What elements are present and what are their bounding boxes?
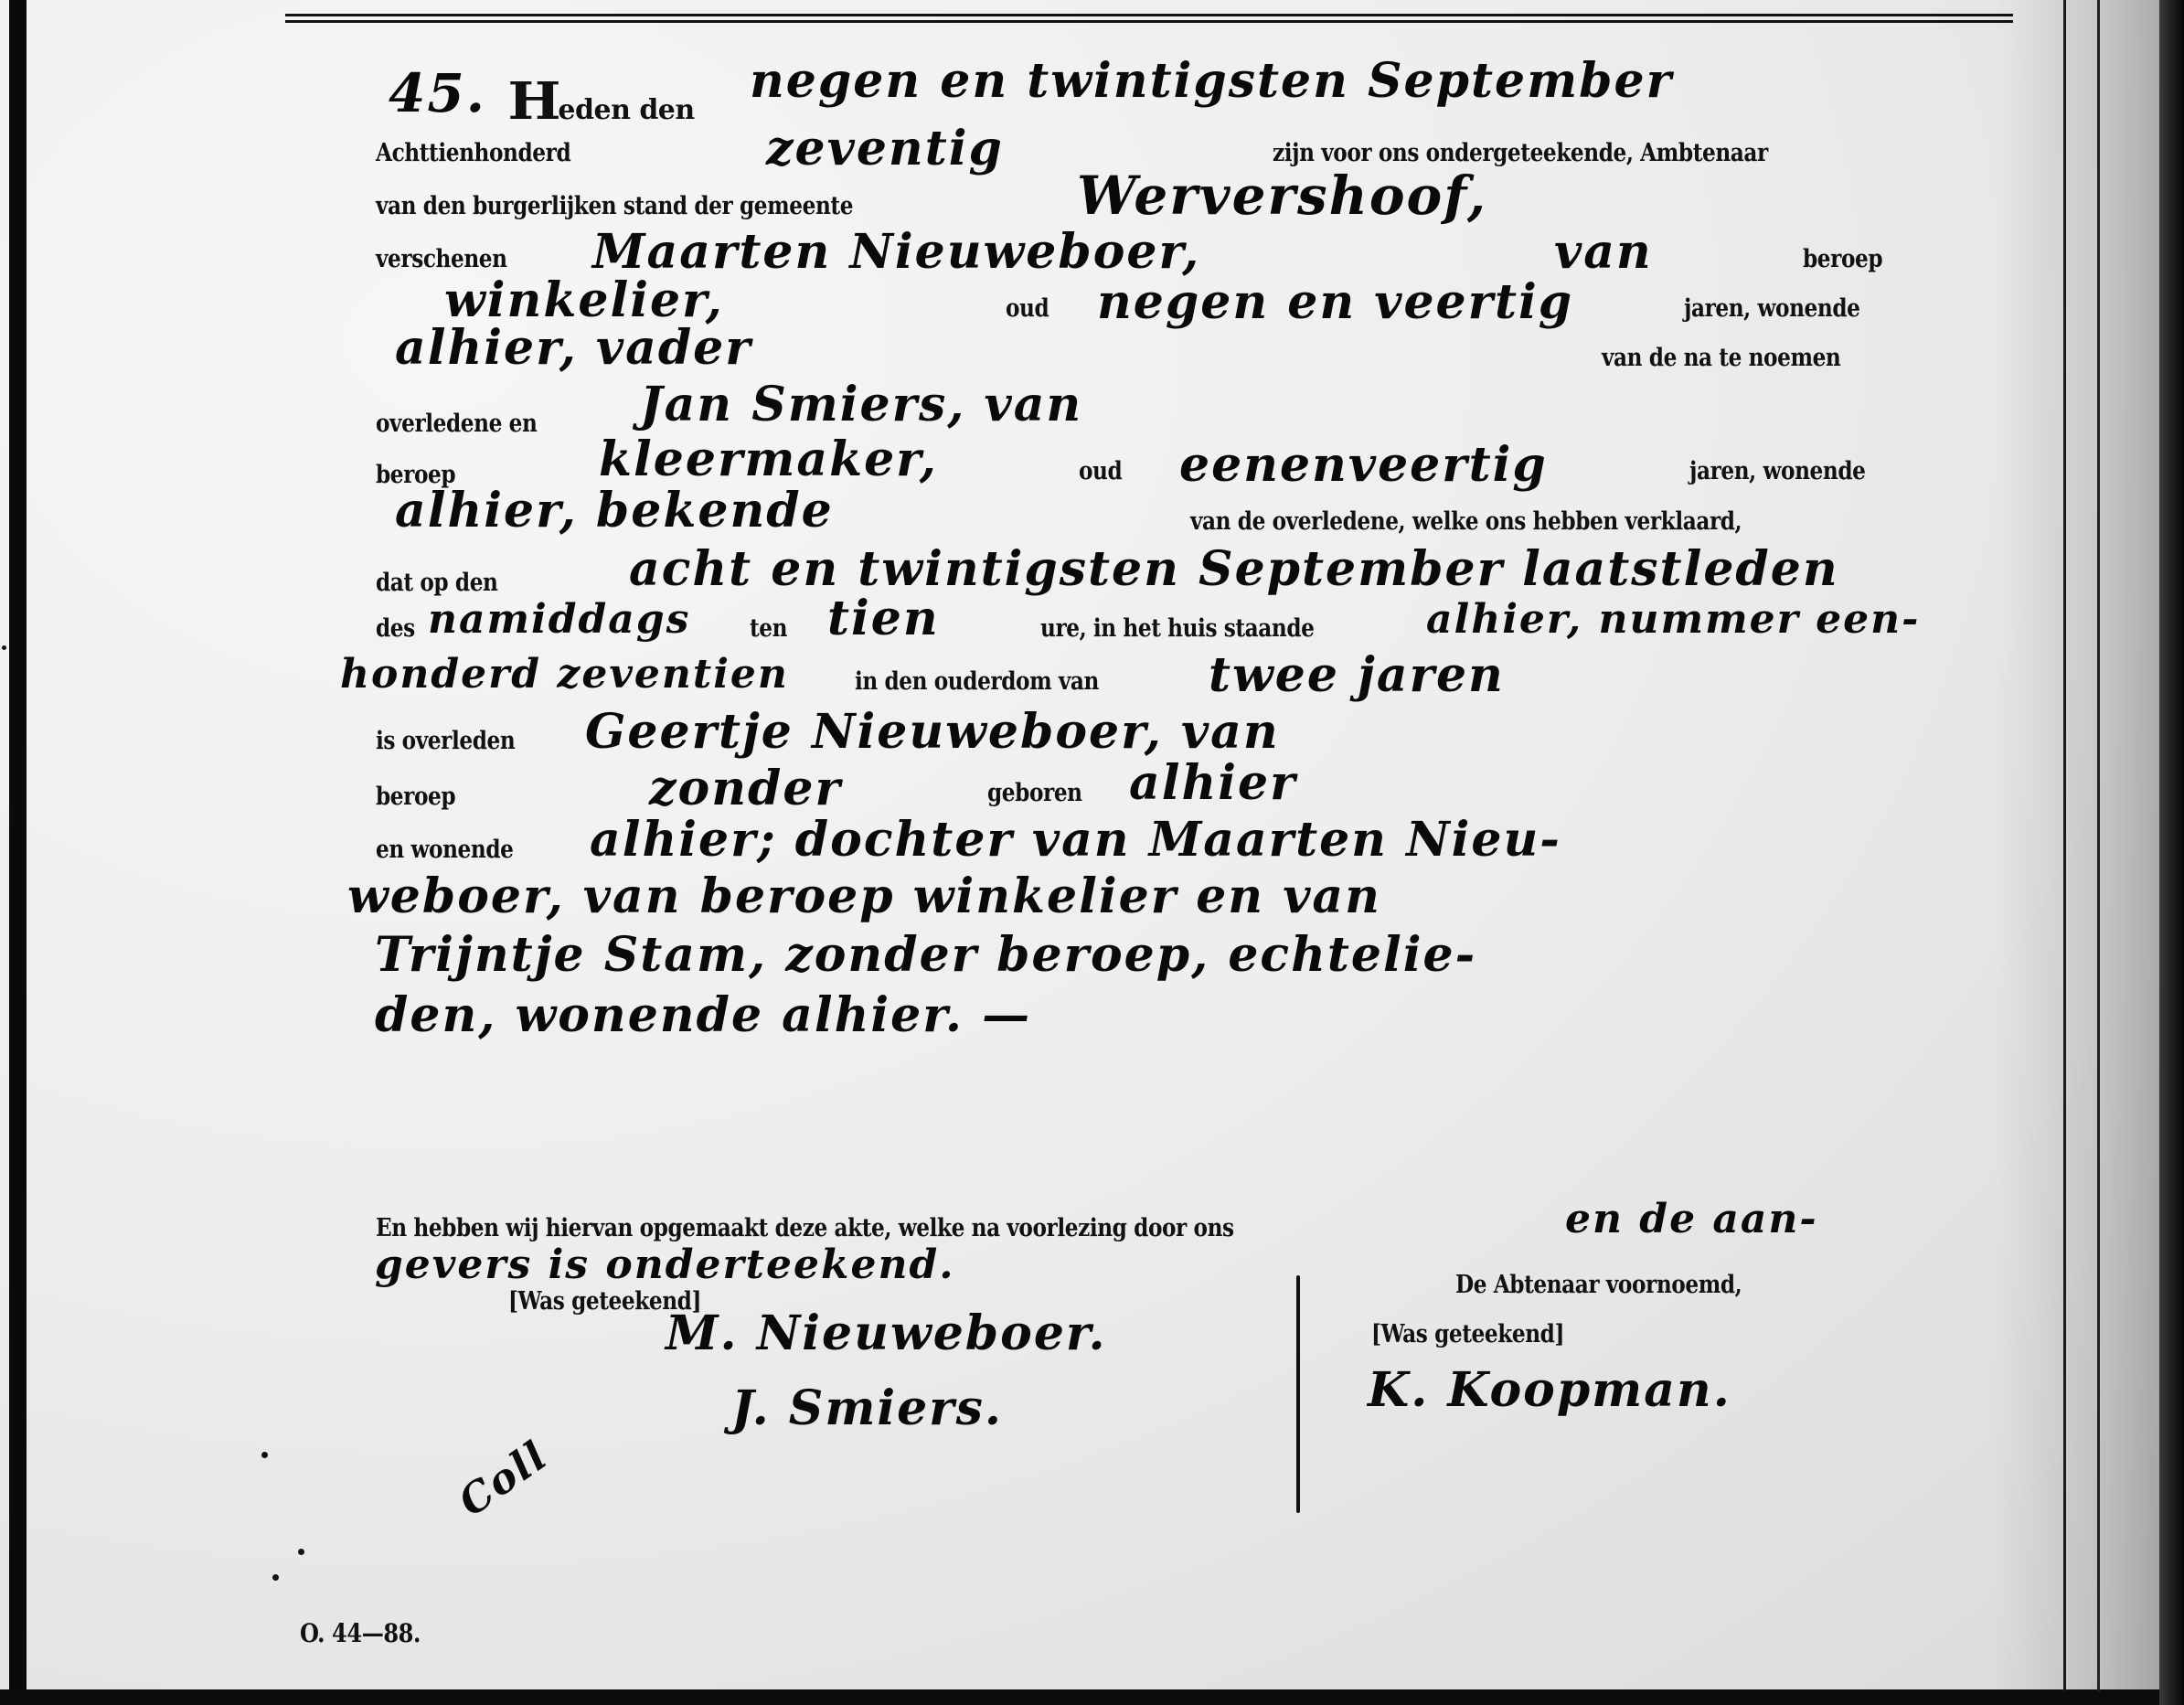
bottom-scan-border: [0, 1689, 2184, 1705]
printed-text: eden den: [558, 94, 694, 126]
printed-des: des: [376, 614, 415, 643]
printed-heden-den: Heden den: [510, 71, 695, 132]
form-code: O. 44—88.: [300, 1618, 421, 1648]
initial-H: H: [507, 71, 560, 132]
ink-spot: [2, 645, 6, 650]
page-edge-shadow: [1993, 0, 2162, 1705]
right-margin-line-2: [2097, 0, 2100, 1691]
signature-bracket: [1296, 1275, 1300, 1513]
hand-van: van: [1554, 224, 1653, 280]
printed-na-te-noemen: van de na te noemen: [1602, 344, 1840, 372]
signature-declarant-1: M. Nieuweboer.: [666, 1305, 1107, 1361]
printed-verklaard: van de overledene, welke ons hebben verk…: [1190, 507, 1742, 536]
hand-declarant-1: Maarten Nieuweboer,: [592, 224, 1200, 280]
signature-label-right: [Was geteekend]: [1371, 1320, 1564, 1348]
hand-parents-1: alhier; dochter van Maarten Nieu-: [590, 812, 1561, 868]
hand-age-2: eenenveertig: [1179, 437, 1548, 493]
printed-burgerlijke-stand: van den burgerlijken stand der gemeente: [376, 192, 853, 220]
printed-is-overleden: is overleden: [376, 727, 515, 755]
left-scan-border: [9, 0, 27, 1705]
hand-deceased-name: Geertje Nieuweboer, van: [585, 704, 1280, 760]
ink-spot: [298, 1549, 304, 1555]
printed-beroep-3: beroep: [376, 783, 455, 811]
hand-address-1: alhier, nummer een-: [1426, 596, 1920, 643]
printed-dat-op-den: dat op den: [376, 569, 498, 597]
printed-verschenen: verschenen: [376, 245, 507, 273]
hand-death-date: acht en twintigsten September laatstlede…: [629, 541, 1839, 597]
printed-en-wonende: en wonende: [376, 836, 513, 864]
printed-official-label: De Abtenaar voornoemd,: [1455, 1271, 1742, 1299]
hand-hour: tien: [827, 591, 940, 646]
document-page: 45. Heden den negen en twintigsten Septe…: [0, 0, 2184, 1705]
right-scan-border: [2159, 0, 2184, 1705]
hand-municipality: Wervershoof,: [1077, 165, 1487, 227]
hand-closing-1: en de aan-: [1565, 1196, 1818, 1242]
ink-spot: [261, 1452, 268, 1458]
printed-ten: ten: [750, 614, 787, 643]
hand-namiddags: namiddags: [428, 596, 690, 643]
hand-occupation-3: zonder: [649, 761, 842, 816]
right-margin-line: [2063, 0, 2066, 1691]
hand-age-1: negen en veertig: [1097, 274, 1573, 330]
hand-parents-4: den, wonende alhier. —: [375, 987, 1031, 1043]
top-rule: [285, 14, 2013, 16]
printed-overledene-en: overledene en: [376, 410, 537, 438]
act-number: 45.: [389, 62, 486, 124]
hand-year: zeventig: [766, 121, 1004, 176]
hand-birthplace: alhier: [1129, 755, 1297, 811]
hand-relation-1: alhier, vader: [395, 320, 752, 376]
hand-parents-2: weboer, van beroep winkelier en van: [347, 868, 1381, 924]
printed-oud: oud: [1006, 294, 1049, 323]
printed-achttienhonderd: Achttienhonderd: [376, 139, 570, 167]
hand-date: negen en twintigsten September: [750, 53, 1673, 109]
printed-oud-2: oud: [1079, 457, 1122, 485]
printed-closing: En hebben wij hiervan opgemaakt deze akt…: [376, 1214, 1234, 1242]
hand-declarant-2: Jan Smiers, van: [640, 377, 1082, 432]
hand-deceased-age: twee jaren: [1209, 647, 1505, 703]
hand-parents-3: Trijntje Stam, zonder beroep, echtelie-: [375, 927, 1476, 983]
printed-ouderdom: in den ouderdom van: [855, 667, 1099, 696]
printed-ure-huis: ure, in het huis staande: [1040, 614, 1315, 643]
hand-address-2: honderd zeventien: [340, 651, 789, 698]
margin-note: Coll: [451, 1433, 557, 1526]
hand-relation-2: alhier, bekende: [395, 483, 834, 538]
signature-declarant-2: J. Smiers.: [731, 1380, 1003, 1436]
hand-occupation-2: kleermaker,: [599, 432, 938, 487]
printed-zijn-voor-ons: zijn voor ons ondergeteekende, Ambtenaar: [1273, 139, 1768, 167]
printed-jaren-wonende-2: jaren, wonende: [1689, 457, 1866, 485]
hand-closing-2: gevers is onderteekend.: [375, 1241, 955, 1288]
printed-jaren-wonende: jaren, wonende: [1684, 294, 1860, 323]
printed-beroep: beroep: [1803, 245, 1882, 273]
top-rule-2: [285, 20, 2013, 23]
printed-geboren: geboren: [987, 779, 1082, 807]
signature-official: K. Koopman.: [1368, 1362, 1731, 1418]
ink-spot: [272, 1574, 279, 1581]
